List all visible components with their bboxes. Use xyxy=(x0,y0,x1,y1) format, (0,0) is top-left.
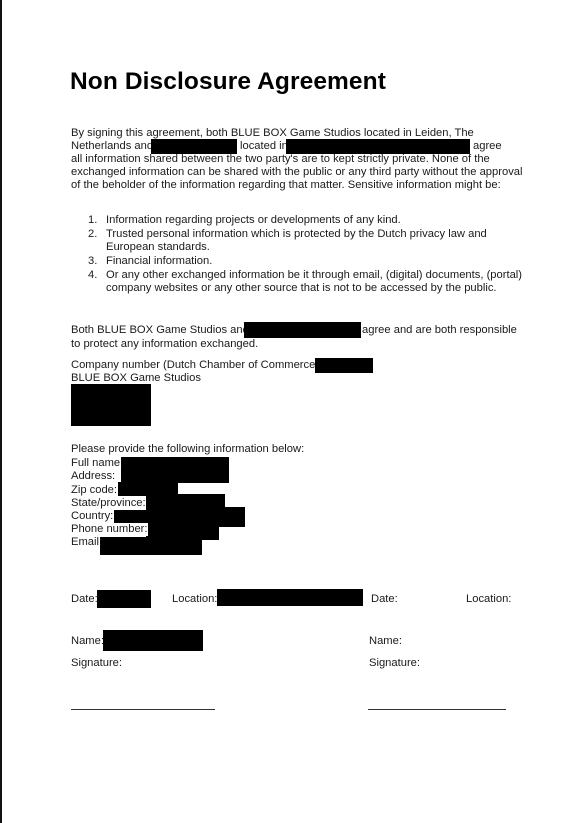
intro-line-5: of the beholder of the information regar… xyxy=(71,179,501,192)
signature-line xyxy=(71,709,215,710)
redacted-name xyxy=(103,630,203,651)
list-item-number: 3. xyxy=(88,255,97,268)
date-label: Date: xyxy=(371,593,398,606)
signature-line xyxy=(368,709,506,710)
field-label-country: Country: xyxy=(71,510,113,523)
signature-label: Signature: xyxy=(369,657,420,670)
date-label: Date: xyxy=(71,593,98,606)
redacted-company-number xyxy=(315,358,373,373)
intro-line-2-b: located in xyxy=(240,140,288,153)
location-label: Location: xyxy=(466,593,511,606)
redacted-party-name xyxy=(244,322,361,338)
redacted-party-location xyxy=(286,139,470,154)
name-label: Name: xyxy=(71,635,104,648)
field-label-email: Email: xyxy=(71,536,102,549)
list-item-number: 1. xyxy=(88,214,97,227)
redacted-company-logo xyxy=(71,384,151,426)
redacted-state xyxy=(146,494,225,508)
page-title: Non Disclosure Agreement xyxy=(70,68,386,96)
signature-label: Signature: xyxy=(71,657,122,670)
list-item-text: Or any other exchanged information be it… xyxy=(106,269,522,282)
redacted-date xyxy=(97,590,151,608)
intro-line-2-a: Netherlands and xyxy=(71,140,153,153)
field-label-zip-code: Zip code: xyxy=(71,484,117,497)
agreement-line-1-b: agree and are both responsible xyxy=(362,324,517,337)
redacted-party-name xyxy=(151,139,237,154)
list-item-text: European standards. xyxy=(106,241,210,254)
page-left-edge xyxy=(0,0,2,823)
list-item-text: Financial information. xyxy=(106,255,212,268)
intro-line-3: all information shared between the two p… xyxy=(71,153,490,166)
info-form-heading: Please provide the following information… xyxy=(71,443,304,456)
location-label: Location: xyxy=(172,593,217,606)
intro-line-4: exchanged information can be shared with… xyxy=(71,166,523,179)
agreement-line-1-a: Both BLUE BOX Game Studios and xyxy=(71,324,249,337)
list-item-text: Trusted personal information which is pr… xyxy=(106,228,487,241)
list-item-number: 2. xyxy=(88,228,97,241)
redacted-email xyxy=(100,537,202,555)
field-label-phone: Phone number: xyxy=(71,523,148,536)
list-item-number: 4. xyxy=(88,269,97,282)
list-item-text: Information regarding projects or develo… xyxy=(106,214,401,227)
intro-line-2-c: agree xyxy=(473,140,502,153)
field-label-full-name: Full name: xyxy=(71,457,123,470)
field-label-state: State/province: xyxy=(71,497,146,510)
redacted-full-name-address xyxy=(121,457,229,483)
field-label-address: Address: xyxy=(71,470,115,483)
redacted-location xyxy=(217,589,363,606)
list-item-text: company websites or any other source tha… xyxy=(106,282,497,295)
agreement-line-2: to protect any information exchanged. xyxy=(71,338,258,351)
company-number-label: Company number (Dutch Chamber of Commerc… xyxy=(71,359,322,372)
name-label: Name: xyxy=(369,635,402,648)
